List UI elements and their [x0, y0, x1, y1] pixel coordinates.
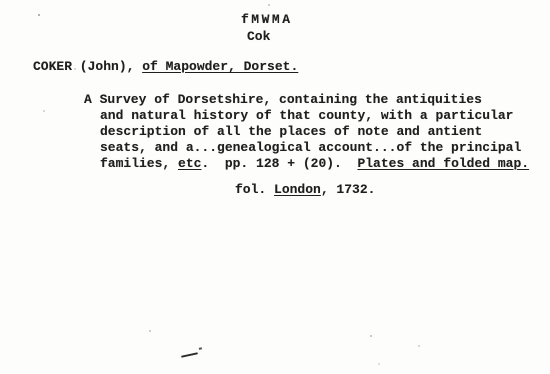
imprint-place: London	[274, 182, 321, 197]
scan-speck	[370, 335, 372, 337]
catalog-card: fMWMA Cok COKER (John), of Mapowder, Dor…	[0, 0, 550, 374]
imprint-date: , 1732.	[321, 182, 376, 197]
description-line-5-pre: families,	[100, 156, 178, 171]
scan-speck	[378, 363, 380, 365]
author-place: of Mapowder, Dorset.	[142, 59, 298, 74]
filing-word: Cok	[247, 29, 270, 44]
scan-speck	[418, 345, 420, 347]
author-name: COKER (John),	[33, 59, 142, 74]
description-line-2: and natural history of that county, with…	[100, 108, 513, 123]
scan-speck	[149, 330, 151, 332]
etc-underlined: etc	[178, 156, 201, 171]
plates-note-underlined: Plates and folded map.	[357, 156, 529, 171]
description-line-5: families, etc. pp. 128 + (20). Plates an…	[100, 156, 529, 171]
description-line-1: A Survey of Dorsetshire, containing the …	[84, 92, 482, 107]
pagination-statement: . pp. 128 + (20).	[201, 156, 357, 171]
imprint-line: fol. London, 1732.	[235, 182, 375, 197]
scan-speck	[43, 110, 45, 112]
scan-scratch-mark	[181, 352, 198, 357]
description-line-3: description of all the places of note an…	[100, 124, 482, 139]
scan-speck	[38, 14, 40, 16]
scan-speck	[74, 68, 76, 70]
shelfmark: fMWMA	[241, 12, 293, 27]
scan-speck	[268, 4, 270, 6]
imprint-format: fol.	[235, 182, 274, 197]
description-line-4: seats, and a...genealogical account...of…	[100, 140, 521, 155]
author-line: COKER (John), of Mapowder, Dorset.	[33, 59, 298, 74]
